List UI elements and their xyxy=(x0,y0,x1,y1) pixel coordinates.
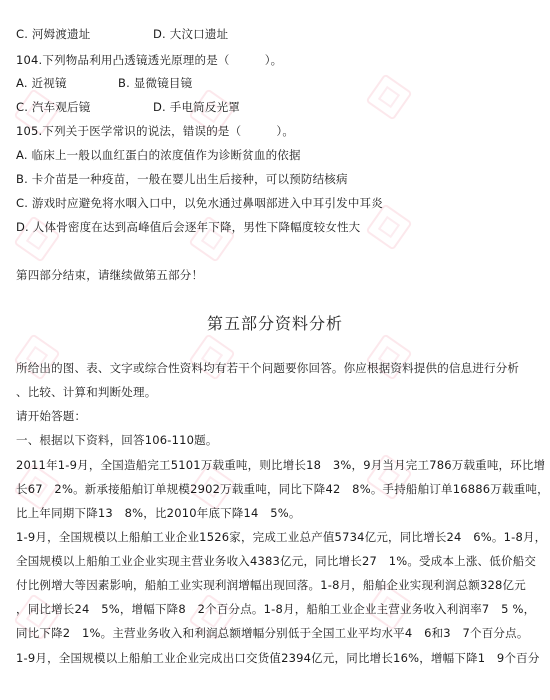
material-line: 1-9月，全国规模以上船舶工业企业1526家，完成工业总产值5734亿元，同比增… xyxy=(16,529,536,545)
instructions-line-2: 、比较、计算和判断处理。 xyxy=(16,384,536,400)
q105-option-b: B. 卡介苗是一种疫苗，一般在婴儿出生后接种，可以预防结核病 xyxy=(16,171,536,187)
instructions-line-1: 所给出的图、表、文字或综合性资料均有若干个问题要你回答。你应根据资料提供的信息进… xyxy=(16,360,536,376)
q104-option-b: B. 显微镜目镜 xyxy=(118,75,192,91)
q103-option-d: D. 大汶口遗址 xyxy=(153,26,228,42)
material-line: 2011年1-9月，全国造船完工5101万载重吨，则比增长18 3%，9月当月完… xyxy=(16,457,536,473)
material-line: 付比例增大等因素影响，船舶工业实现利润增幅出现回落。1-8月，船舶企业实现利润总… xyxy=(16,577,536,593)
q105-stem: 105.下列关于医学常识的说法，错误的是（ ）。 xyxy=(16,123,536,139)
material-line: 比上年同期下降13 8%，比2010年底下降14 5%。 xyxy=(16,505,536,521)
q104-option-c: C. 汽车观后镜 xyxy=(16,100,90,114)
q105-option-a: A. 临床上一般以血红蛋白的浓度值作为诊断贫血的依据 xyxy=(16,147,536,163)
material-line: 长67 2%。新承接船舶订单规模2902万载重吨，同比下降42 8%。手持船舶订… xyxy=(16,481,536,497)
q104-options-row-2: C. 汽车观后镜 D. 手电筒反光罩 xyxy=(16,99,536,115)
q104-option-d: D. 手电筒反光罩 xyxy=(153,99,240,115)
section1-heading: 一、根据以下资料，回答106-110题。 xyxy=(16,432,536,448)
q105-option-d: D. 人体骨密度在达到高峰值后会逐年下降，男性下降幅度较女性大 xyxy=(16,219,536,235)
material-line: 同比下降2 1%。主营业务收入和利润总额增幅分别低于全国工业平均水平4 6和3 … xyxy=(16,625,536,641)
material-line: 全国规模以上船舶工业企业实现主营业务收入4383亿元，同比增长27 1%。受成本… xyxy=(16,553,536,569)
start-prompt: 请开始答题： xyxy=(16,408,536,424)
document-page: C. 河姆渡遗址 D. 大汶口遗址 104.下列物品利用凸透镜透光原理的是（ ）… xyxy=(0,0,550,700)
q104-stem: 104.下列物品利用凸透镜透光原理的是（ ）。 xyxy=(16,52,536,68)
q103-option-c: C. 河姆渡遗址 xyxy=(16,27,90,41)
q105-option-c: C. 游戏时应避免将水咽入口中，以免水通过鼻咽部进入中耳引发中耳炎 xyxy=(16,195,536,211)
part5-title: 第五部分资料分析 xyxy=(0,314,550,334)
q103-options-row: C. 河姆渡遗址 D. 大汶口遗址 xyxy=(16,26,536,42)
q104-option-a: A. 近视镜 xyxy=(16,76,67,90)
material-line: 1-9月，全国规模以上船舶工业企业完成出口交货值2394亿元，同比增长16%，增… xyxy=(16,650,536,666)
material-line: ，同比增长24 5%，增幅下降8 2个百分点。1-8月，船舶工业企业主营业务收入… xyxy=(16,601,536,617)
q104-options-row-1: A. 近视镜 B. 显微镜目镜 xyxy=(16,75,536,91)
part4-end-note: 第四部分结束，请继续做第五部分！ xyxy=(16,267,536,283)
